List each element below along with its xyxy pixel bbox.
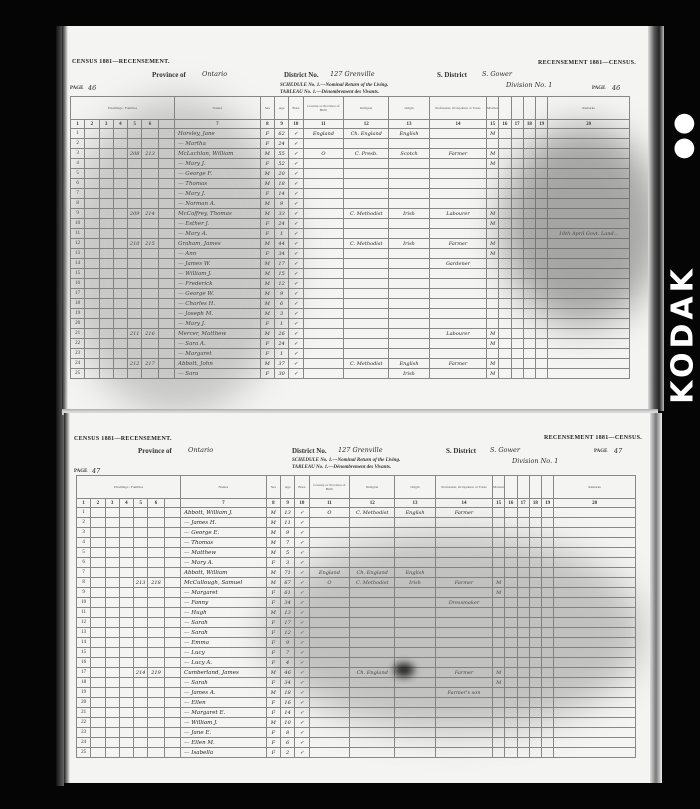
col-3: [105, 658, 119, 668]
birthplace: England: [303, 129, 344, 139]
col-4: [119, 638, 133, 648]
origin: English: [389, 359, 430, 369]
dwelling-number: [134, 718, 148, 728]
col-16: [499, 339, 511, 349]
col-6b: [164, 748, 180, 758]
province-value: Ontario: [188, 446, 213, 454]
person-name: — Fanny: [181, 598, 267, 608]
occupation: [435, 738, 492, 748]
married: [493, 508, 505, 518]
occupation: [429, 299, 486, 309]
col-18: [523, 339, 535, 349]
religion: [344, 169, 389, 179]
origin: [389, 339, 430, 349]
col-17: [511, 149, 523, 159]
family-number: [148, 698, 164, 708]
origin: Scotch: [389, 149, 430, 159]
occupation: Farmer: [435, 508, 492, 518]
married: [487, 189, 499, 199]
col-3: [105, 718, 119, 728]
birthplace: [303, 139, 344, 149]
person-name: Cumberland, James: [181, 668, 267, 678]
origin: [389, 199, 430, 209]
census-header-left: CENSUS 1881—RECENSEMENT.: [72, 59, 170, 65]
col-2: [91, 628, 105, 638]
age: 7: [280, 538, 294, 548]
sheet2-right-edge: [650, 413, 662, 783]
col-16: [499, 169, 511, 179]
birthplace: [303, 239, 344, 249]
birthplace: [303, 329, 344, 339]
col-4: [119, 518, 133, 528]
remarks: [554, 538, 636, 548]
col-17: [511, 339, 523, 349]
birthplace: [303, 229, 344, 239]
family-number: [148, 588, 164, 598]
col-2: [91, 728, 105, 738]
col-3: [105, 698, 119, 708]
col-16: [499, 369, 511, 379]
birthplace: [309, 738, 350, 748]
age: 24: [274, 339, 288, 349]
row-number: 14: [77, 638, 91, 648]
col-4: [119, 508, 133, 518]
born-marker: ✓: [289, 149, 303, 159]
dwelling-number: [134, 548, 148, 558]
col-18: [529, 748, 541, 758]
col-17: [511, 369, 523, 379]
occupation: Labourer: [429, 329, 486, 339]
age: 2: [280, 748, 294, 758]
col-3: [105, 648, 119, 658]
col-2: [91, 538, 105, 548]
family-number: [148, 728, 164, 738]
born-marker: ✓: [289, 219, 303, 229]
born-marker: ✓: [295, 538, 309, 548]
born-marker: ✓: [289, 349, 303, 359]
page-number-right: 46: [612, 84, 620, 92]
family-number: 219: [148, 668, 164, 678]
age: 8: [280, 728, 294, 738]
origin: [389, 349, 430, 359]
dwelling-number: [134, 618, 148, 628]
col-4: [119, 558, 133, 568]
col-6b: [164, 588, 180, 598]
birthplace: [303, 319, 344, 329]
schedule-title-en: SCHEDULE No. 1.—Nominal Return of the Li…: [292, 458, 400, 463]
col-6b: [164, 688, 180, 698]
born-marker: ✓: [295, 718, 309, 728]
married: M: [487, 359, 499, 369]
occupation: [429, 219, 486, 229]
person-name: — Isabella: [181, 748, 267, 758]
row-number: 15: [77, 648, 91, 658]
col-16: [505, 518, 517, 528]
married: [487, 139, 499, 149]
occupation: Farmer: [429, 149, 486, 159]
col-2: [91, 608, 105, 618]
married: [487, 279, 499, 289]
occupation: [429, 229, 486, 239]
occupation: [429, 129, 486, 139]
birthplace: [309, 718, 350, 728]
age: 10: [280, 718, 294, 728]
col-3: [105, 518, 119, 528]
religion: [344, 199, 389, 209]
origin: [389, 289, 430, 299]
age: 55: [274, 149, 288, 159]
row-number: 25: [71, 369, 85, 379]
col-3: [105, 678, 119, 688]
person-name: — Lucy A.: [181, 658, 267, 668]
birthplace: [303, 349, 344, 359]
family-number: [148, 618, 164, 628]
col-2: [91, 588, 105, 598]
col-16: [499, 279, 511, 289]
religion: [350, 738, 395, 748]
col-17: [511, 299, 523, 309]
origin: [389, 299, 430, 309]
born-marker: ✓: [295, 558, 309, 568]
col-16: [499, 319, 511, 329]
col-6b: [164, 718, 180, 728]
religion: [344, 339, 389, 349]
birthplace: [309, 528, 350, 538]
birthplace: [303, 159, 344, 169]
col-4: [119, 578, 133, 588]
religion: [344, 159, 389, 169]
col-3: [105, 738, 119, 748]
origin: [389, 259, 430, 269]
sex: M: [266, 508, 280, 518]
person-name: — Ellen: [181, 698, 267, 708]
row-number: 16: [77, 658, 91, 668]
person-name: — William J.: [181, 718, 267, 728]
family-number: [148, 568, 164, 578]
birthplace: [309, 728, 350, 738]
col-4: [119, 738, 133, 748]
dwelling-number: [134, 708, 148, 718]
dwelling-number: 214: [134, 668, 148, 678]
col-2: [91, 568, 105, 578]
col-6b: [164, 608, 180, 618]
remarks: [554, 528, 636, 538]
person-name: — Matthew: [181, 548, 267, 558]
person-name: — Margaret: [181, 588, 267, 598]
census-header-right: RECENSEMENT 1881—CENSUS.: [538, 60, 636, 66]
family-number: 218: [148, 578, 164, 588]
row-number: 7: [77, 568, 91, 578]
remarks: [554, 718, 636, 728]
col-16: [499, 329, 511, 339]
born-marker: ✓: [295, 748, 309, 758]
age: 71: [280, 568, 294, 578]
sex: F: [266, 678, 280, 688]
sex: M: [266, 578, 280, 588]
married: [487, 199, 499, 209]
origin: [389, 319, 430, 329]
kodak-logo: KODAK: [666, 265, 700, 404]
col-18: [529, 738, 541, 748]
row-number: 21: [77, 708, 91, 718]
col-2: [91, 708, 105, 718]
family-number: [148, 638, 164, 648]
married: [493, 748, 505, 758]
sex: M: [266, 518, 280, 528]
family-number: [148, 608, 164, 618]
row-number: 12: [77, 618, 91, 628]
col-4: [119, 688, 133, 698]
sex: M: [266, 688, 280, 698]
table-row: 24— Ellen M.F6✓: [77, 738, 636, 748]
col-16: [499, 139, 511, 149]
col-3: [105, 628, 119, 638]
district-label: District No.: [292, 447, 327, 455]
remarks: [548, 349, 630, 359]
sex: M: [266, 528, 280, 538]
born-marker: ✓: [289, 139, 303, 149]
birthplace: [303, 169, 344, 179]
religion: [350, 518, 395, 528]
col-6b: [164, 658, 180, 668]
remarks: [548, 369, 630, 379]
family-number: [148, 708, 164, 718]
married: M: [487, 209, 499, 219]
origin: [389, 249, 430, 259]
dwelling-number: [134, 528, 148, 538]
sex: F: [266, 748, 280, 758]
col-16: [499, 359, 511, 369]
origin: [389, 229, 430, 239]
film-edge-branding: ●● KODAK: [666, 62, 700, 402]
religion: [344, 349, 389, 359]
origin: Irish: [389, 369, 430, 379]
census-header-left: CENSUS 1881—RECENSEMENT.: [74, 436, 172, 442]
col-16: [499, 299, 511, 309]
col-2: [91, 508, 105, 518]
col-2: [91, 598, 105, 608]
page-number: 47: [92, 467, 100, 475]
person-name: — Emma: [181, 638, 267, 648]
married: M: [487, 329, 499, 339]
birthplace: [309, 518, 350, 528]
religion: [350, 728, 395, 738]
religion: [344, 279, 389, 289]
table-row: 22— William J.M10✓: [77, 718, 636, 728]
religion: [344, 299, 389, 309]
born-marker: ✓: [289, 129, 303, 139]
origin: [395, 748, 436, 758]
col-6b: [164, 708, 180, 718]
religion: [344, 269, 389, 279]
dwelling-number: [134, 628, 148, 638]
col-4: [119, 548, 133, 558]
col-6b: [164, 508, 180, 518]
family-number: [148, 678, 164, 688]
born-marker: ✓: [289, 169, 303, 179]
born-marker: ✓: [295, 508, 309, 518]
religion: C. Methodist: [344, 239, 389, 249]
col-6b: [164, 578, 180, 588]
col-19: [535, 349, 547, 359]
col-16: [499, 149, 511, 159]
person-name: — Sarah: [181, 618, 267, 628]
born-marker: ✓: [289, 179, 303, 189]
row-number: 24: [77, 738, 91, 748]
family-number: [148, 688, 164, 698]
col-2: [91, 678, 105, 688]
row-number: 4: [77, 538, 91, 548]
married: [487, 269, 499, 279]
dwelling-number: [134, 698, 148, 708]
occupation: [429, 319, 486, 329]
province-value: Ontario: [202, 70, 227, 78]
col-3: [105, 538, 119, 548]
page-label: PAGE: [74, 469, 88, 474]
col-6b: [164, 698, 180, 708]
person-name: Abbott, William: [181, 568, 267, 578]
birthplace: [303, 279, 344, 289]
col-3: [105, 618, 119, 628]
province-label: Province of: [138, 447, 172, 455]
origin: [395, 518, 436, 528]
born-marker: ✓: [295, 738, 309, 748]
col-4: [119, 628, 133, 638]
birthplace: O: [303, 149, 344, 159]
row-number: 5: [77, 548, 91, 558]
birthplace: [303, 269, 344, 279]
dwelling-number: [134, 638, 148, 648]
col-17: [517, 738, 529, 748]
age: 14: [280, 708, 294, 718]
family-number: [148, 748, 164, 758]
person-name: — James H.: [181, 518, 267, 528]
sex: M: [266, 568, 280, 578]
occupation: [429, 139, 486, 149]
married: M: [487, 149, 499, 159]
dwelling-number: [134, 518, 148, 528]
born-marker: ✓: [289, 359, 303, 369]
occupation: Farmer: [429, 359, 486, 369]
table-row: 2— James H.M11✓: [77, 518, 636, 528]
table-row: 23— Jane E.F8✓: [77, 728, 636, 738]
col-16: [505, 508, 517, 518]
row-number: 1: [77, 508, 91, 518]
col-4: [119, 648, 133, 658]
district-value: 127 Grenville: [338, 446, 383, 454]
col-3: [105, 558, 119, 568]
sex: F: [266, 738, 280, 748]
col-4: [119, 668, 133, 678]
dwelling-number: [134, 558, 148, 568]
col-6b: [164, 598, 180, 608]
col-18: [523, 349, 535, 359]
occupation: [429, 309, 486, 319]
row-number: 24: [71, 359, 85, 369]
col-17: [511, 359, 523, 369]
family-number: [148, 538, 164, 548]
col-4: [119, 598, 133, 608]
dwelling-number: [134, 608, 148, 618]
row-number: 9: [77, 588, 91, 598]
col-2: [91, 618, 105, 628]
sex: F: [260, 129, 274, 139]
birthplace: [303, 359, 344, 369]
dwelling-number: [134, 588, 148, 598]
district-label: District No.: [284, 71, 319, 79]
remarks: [548, 329, 630, 339]
occupation: [429, 189, 486, 199]
col-2: [91, 648, 105, 658]
col-17: [511, 319, 523, 329]
col-16: [505, 738, 517, 748]
col-4: [119, 698, 133, 708]
dwelling-number: 213: [134, 578, 148, 588]
subdistrict-label: S. District: [437, 71, 467, 79]
religion: [344, 369, 389, 379]
page-label-right: PAGE: [592, 86, 606, 91]
religion: [344, 179, 389, 189]
married: M: [487, 159, 499, 169]
married: [487, 259, 499, 269]
dwelling-number: [134, 738, 148, 748]
born-marker: ✓: [295, 708, 309, 718]
occupation: [429, 169, 486, 179]
family-number: [148, 558, 164, 568]
married: [493, 518, 505, 528]
sex: M: [266, 538, 280, 548]
person-name: — Sarah: [181, 678, 267, 688]
dwelling-number: [134, 568, 148, 578]
family-number: [148, 648, 164, 658]
origin: [395, 738, 436, 748]
born-marker: ✓: [289, 309, 303, 319]
col-2: [91, 738, 105, 748]
married: M: [487, 369, 499, 379]
col-3: [105, 688, 119, 698]
col-6b: [164, 558, 180, 568]
birthplace: [303, 209, 344, 219]
col-2: [91, 518, 105, 528]
occupation: [435, 748, 492, 758]
age: 3: [280, 558, 294, 568]
birthplace: [309, 538, 350, 548]
col-17: [511, 349, 523, 359]
row-number: 6: [77, 558, 91, 568]
born-marker: ✓: [289, 329, 303, 339]
sex: F: [266, 698, 280, 708]
col-3: [105, 598, 119, 608]
table-row: 1Abbott, William J.M13✓OC. MethodistEngl…: [77, 508, 636, 518]
province-label: Province of: [152, 71, 186, 79]
col-17: [511, 139, 523, 149]
birthplace: [303, 289, 344, 299]
sex: F: [266, 708, 280, 718]
col-2: [91, 638, 105, 648]
col-18: [529, 728, 541, 738]
family-number: [148, 658, 164, 668]
religion: [344, 329, 389, 339]
col-2: [91, 578, 105, 588]
married: [487, 349, 499, 359]
col-18: [523, 129, 535, 139]
dwelling-number: [134, 728, 148, 738]
subdistrict-label: S. District: [446, 447, 476, 455]
age: 1: [274, 349, 288, 359]
family-number: [148, 598, 164, 608]
row-number: 18: [77, 678, 91, 688]
person-name: — George E.: [181, 528, 267, 538]
